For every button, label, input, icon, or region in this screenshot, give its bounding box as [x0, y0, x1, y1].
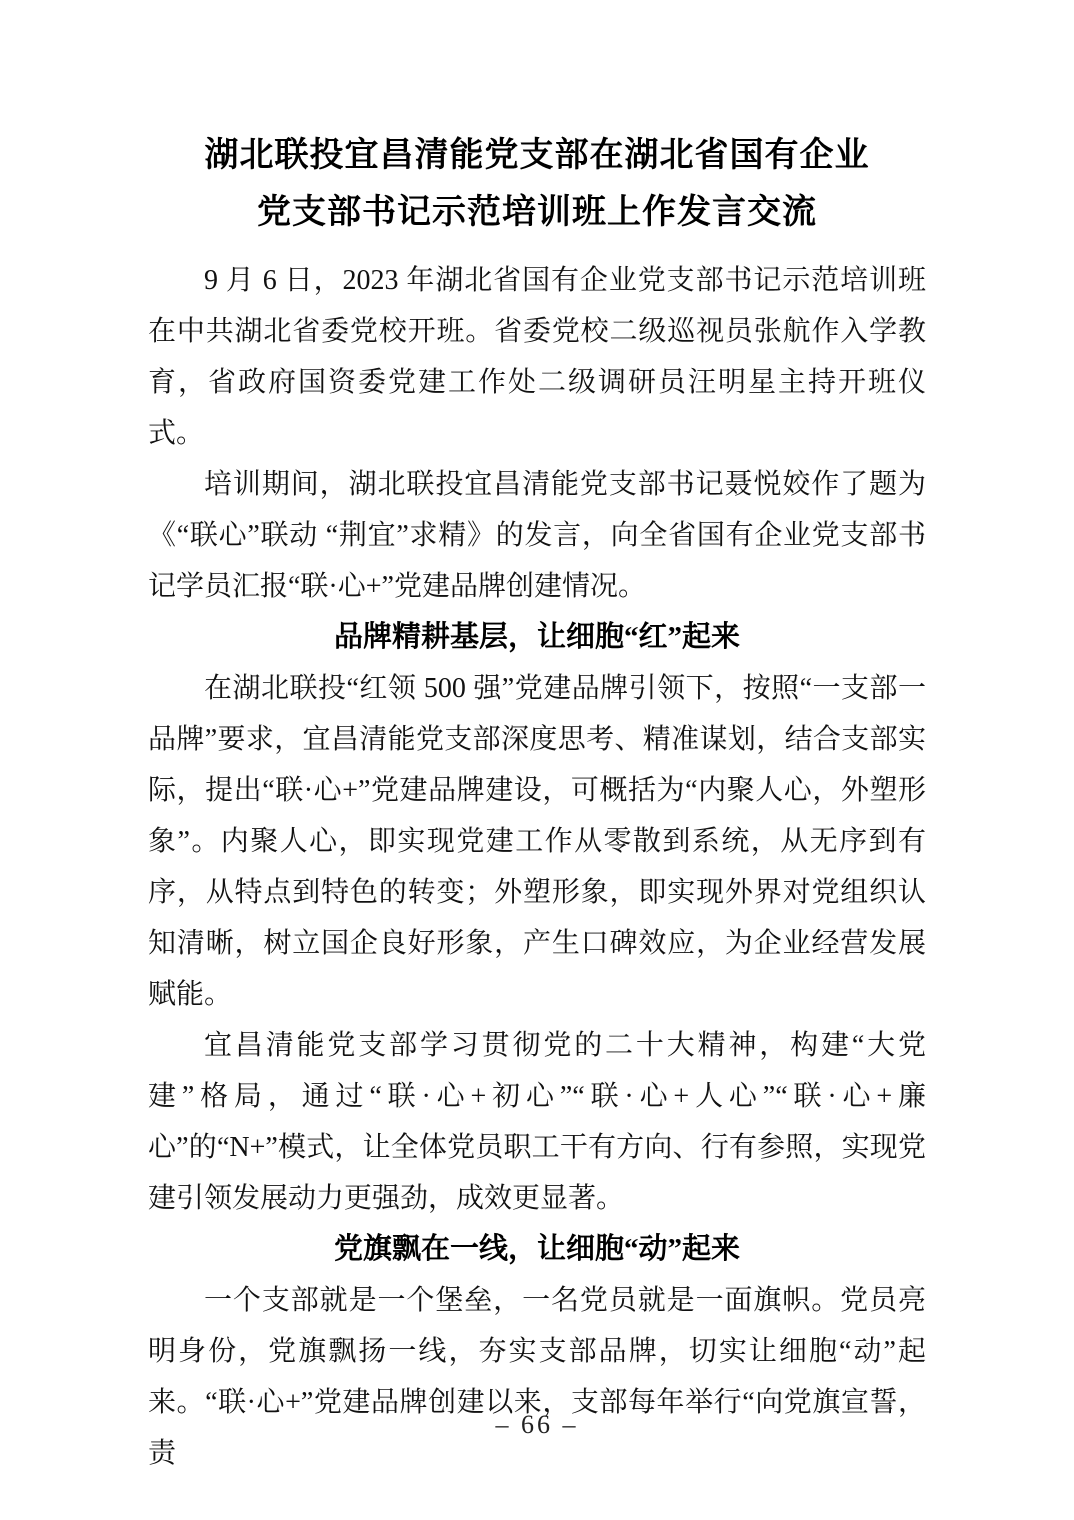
- document-title: 湖北联投宜昌清能党支部在湖北省国有企业 党支部书记示范培训班上作发言交流: [0, 0, 1074, 241]
- section-heading-brand: 品牌精耕基层，让细胞“红”起来: [148, 612, 926, 663]
- paragraph-party-spirit: 宜昌清能党支部学习贯彻党的二十大精神，构建“大党建”格局，通过“联·心+初心”“…: [148, 1020, 926, 1224]
- document-title-line2: 党支部书记示范培训班上作发言交流: [0, 184, 1074, 241]
- paragraph-brand-building: 在湖北联投“红领 500 强”党建品牌引领下，按照“一支部一品牌”要求，宜昌清能…: [148, 663, 926, 1020]
- section-heading-flag: 党旗飘在一线，让细胞“动”起来: [148, 1224, 926, 1275]
- page-number: – 66 –: [496, 1410, 579, 1439]
- paragraph-speech-report: 培训期间，湖北联投宜昌清能党支部书记聂悦姣作了题为《“联心”联动 “荆宜”求精》…: [148, 459, 926, 612]
- document-body: 9 月 6 日，2023 年湖北省国有企业党支部书记示范培训班在中共湖北省委党校…: [148, 255, 926, 1479]
- paragraph-opening-ceremony: 9 月 6 日，2023 年湖北省国有企业党支部书记示范培训班在中共湖北省委党校…: [148, 255, 926, 459]
- page-footer: – 66 –: [0, 1410, 1074, 1440]
- document-title-line1: 湖北联投宜昌清能党支部在湖北省国有企业: [0, 127, 1074, 184]
- document-page: 湖北联投宜昌清能党支部在湖北省国有企业 党支部书记示范培训班上作发言交流 9 月…: [0, 0, 1074, 1520]
- paragraph-flag-frontline: 一个支部就是一个堡垒，一名党员就是一面旗帜。党员亮明身份，党旗飘扬一线，夯实支部…: [148, 1275, 926, 1479]
